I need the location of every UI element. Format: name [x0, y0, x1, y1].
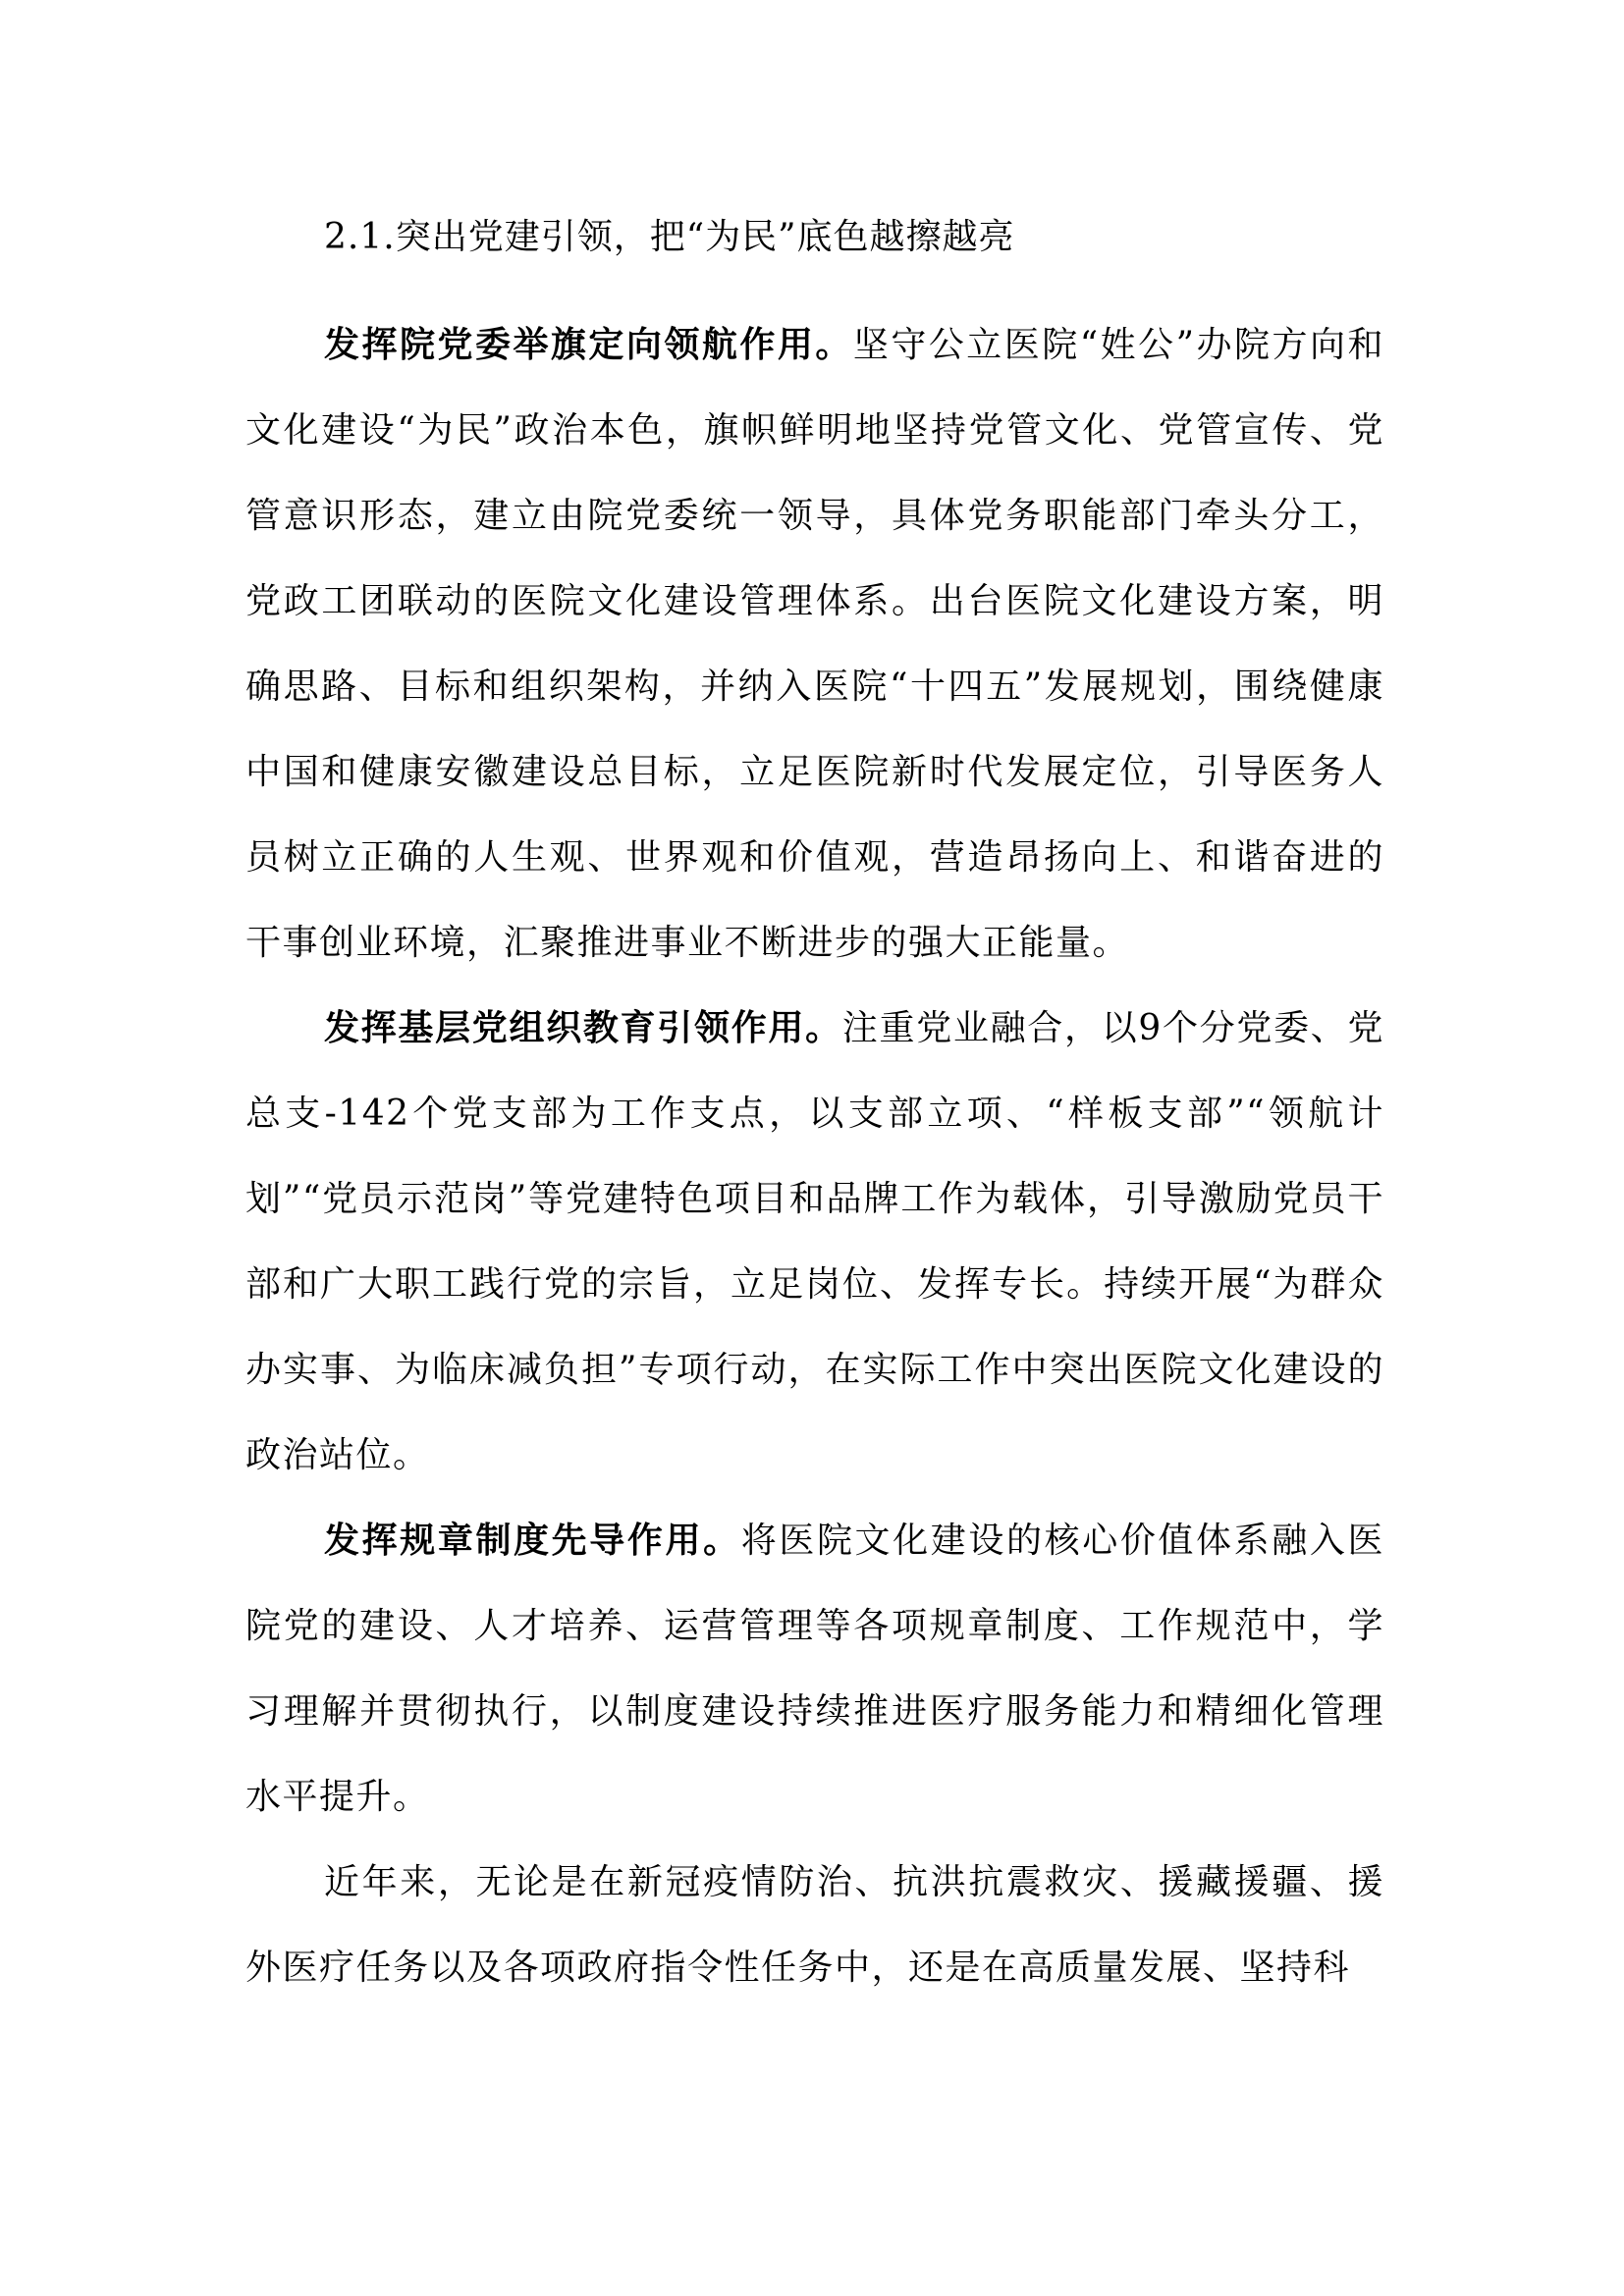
- paragraph-lead: 发挥基层党组织教育引领作用。: [324, 1007, 842, 1048]
- paragraph-lead: 发挥院党委举旗定向领航作用。: [324, 324, 853, 365]
- paragraph-body: 近年来，无论是在新冠疫情防治、抗洪抗震救灾、援藏援疆、援外医疗任务以及各项政府指…: [245, 1862, 1384, 1988]
- paragraph-body: 坚守公立医院“姓公”办院方向和文化建设“为民”政治本色，旗帜鲜明地坚持党管文化、…: [245, 325, 1384, 963]
- paragraph-grassroots: 发挥基层党组织教育引领作用。注重党业融合，以9个分党委、党总支-142个党支部为…: [245, 986, 1384, 1498]
- paragraph-regulations: 发挥规章制度先导作用。将医院文化建设的核心价值体系融入医院党的建设、人才培养、运…: [245, 1498, 1384, 1840]
- document-page: 2.1.突出党建引领，把“为民”底色越擦越亮 发挥院党委举旗定向领航作用。坚守公…: [245, 218, 1384, 2010]
- paragraph-lead: 发挥规章制度先导作用。: [324, 1520, 741, 1561]
- paragraph-recent-years: 近年来，无论是在新冠疫情防治、抗洪抗震救灾、援藏援疆、援外医疗任务以及各项政府指…: [245, 1840, 1384, 2010]
- section-heading: 2.1.突出党建引领，把“为民”底色越擦越亮: [245, 218, 1384, 257]
- paragraph-party-committee: 发挥院党委举旗定向领航作用。坚守公立医院“姓公”办院方向和文化建设“为民”政治本…: [245, 302, 1384, 986]
- paragraph-body: 将医院文化建设的核心价值体系融入医院党的建设、人才培养、运营管理等各项规章制度、…: [245, 1521, 1384, 1817]
- paragraph-body: 注重党业融合，以9个分党委、党总支-142个党支部为工作支点，以支部立项、“样板…: [245, 1008, 1384, 1475]
